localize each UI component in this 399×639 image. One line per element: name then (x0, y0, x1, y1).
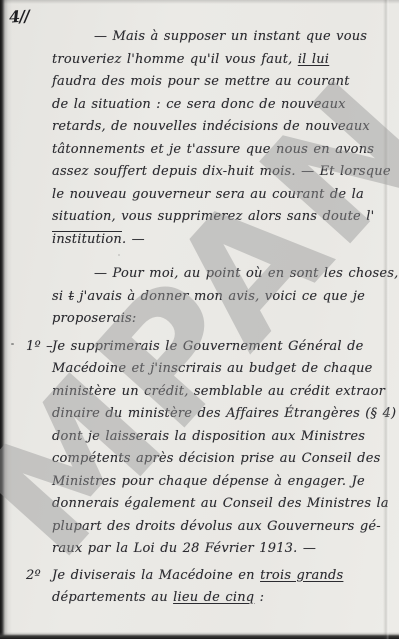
handwritten-text: lieu de cinq (173, 590, 254, 605)
handwritten-text: il lui (298, 52, 329, 67)
handwritten-text: retards, de nouvelles indécisions de nou… (52, 119, 370, 134)
manuscript-line: proposerais: (52, 308, 391, 331)
handwritten-text: faudra des mois pour se mettre au couran… (52, 74, 350, 89)
manuscript-line: 2ºJe diviserais la Macédoine en trois gr… (52, 565, 391, 588)
handwritten-text: — Pour moi, au point où en sont les chos… (94, 266, 398, 281)
manuscript-line: Macédoine et j'inscrirais au budget de c… (52, 358, 391, 381)
manuscript-line: situation, vous supprimerez alors sans d… (52, 206, 391, 229)
manuscript-line: tâtonnements et je t'assure que nous en … (52, 139, 391, 162)
handwritten-text: départements au (52, 590, 173, 605)
handwritten-text: proposerais: (52, 311, 136, 326)
manuscript-line: institution. — (52, 229, 391, 252)
handwritten-text: j'avais à donner mon avis, voici ce que … (74, 289, 365, 304)
handwritten-text: compétents après décision prise au Conse… (52, 451, 380, 466)
scan-edge-left (0, 0, 12, 639)
handwritten-text: tâtonnements et je t'assure que nous en … (52, 142, 374, 157)
manuscript-line: retards, de nouvelles indécisions de nou… (52, 116, 391, 139)
handwritten-text: de la situation : ce sera donc de nouvea… (52, 97, 346, 112)
handwritten-text: assez souffert depuis dix-huit mois. — E… (52, 164, 391, 179)
manuscript-line: — Pour moi, au point où en sont les chos… (52, 263, 391, 286)
manuscript-line: — Mais à supposer un instant que vous (52, 26, 391, 49)
handwritten-text: raux par la Loi du 28 Février 1913. — (52, 541, 316, 556)
manuscript-line: le nouveau gouverneur sera au courant de… (52, 184, 391, 207)
manuscript-line: ministère un crédit, semblable au crédit… (52, 381, 391, 404)
manuscript-paragraph: — Mais à supposer un instant que voustro… (52, 26, 391, 251)
handwritten-text: si (52, 289, 69, 304)
manuscript-line: donnerais également au Conseil des Minis… (52, 493, 391, 516)
manuscript-line: de la situation : ce sera donc de nouvea… (52, 94, 391, 117)
manuscript-line: 1º –Je supprimerais le Gouvernement Géné… (52, 336, 391, 359)
manuscript-line: faudra des mois pour se mettre au couran… (52, 71, 391, 94)
handwritten-text: Ministres pour chaque dépense à engager.… (52, 474, 365, 489)
manuscript-line: compétents après décision prise au Conse… (52, 448, 391, 471)
scan-edge-top (0, 0, 399, 4)
manuscript-line: dont je laisserais la disposition aux Mi… (52, 426, 391, 449)
manuscript-line: si t j'avais à donner mon avis, voici ce… (52, 286, 391, 309)
manuscript-line: assez souffert depuis dix-huit mois. — E… (52, 161, 391, 184)
manuscript-paragraph: 1º –Je supprimerais le Gouvernement Géné… (52, 336, 391, 561)
handwritten-text: Macédoine et j'inscrirais au budget de c… (52, 361, 373, 376)
handwritten-text: dont je laisserais la disposition aux Mi… (52, 429, 365, 444)
ink-speck (11, 343, 14, 345)
handwritten-text: : (254, 590, 264, 605)
ink-speck (118, 254, 120, 256)
handwritten-text: — Mais à supposer un instant que vous (94, 29, 367, 44)
handwritten-text: institution (52, 232, 122, 247)
handwritten-text: dinaire du ministère des Affaires Étrang… (52, 406, 396, 421)
manuscript-paragraph: 2ºJe diviserais la Macédoine en trois gr… (52, 565, 391, 610)
scan-edge-bottom (0, 632, 399, 639)
manuscript-line: raux par la Loi du 28 Février 1913. — (52, 538, 391, 561)
handwritten-text: Je diviserais la Macédoine en (52, 568, 260, 583)
handwritten-text: plupart des droits dévolus aux Gouverneu… (52, 519, 381, 534)
manuscript-page: 4// — Mais à supposer un instant que vou… (0, 0, 399, 639)
handwritten-text: donnerais également au Conseil des Minis… (52, 496, 389, 511)
manuscript-line: trouveriez l'homme qu'il vous faut, il l… (52, 49, 391, 72)
manuscript-line: dinaire du ministère des Affaires Étrang… (52, 403, 391, 426)
manuscript-line: plupart des droits dévolus aux Gouverneu… (52, 516, 391, 539)
handwritten-text: ministère un crédit, semblable au crédit… (52, 384, 385, 399)
handwritten-text: Je supprimerais le Gouvernement Général … (52, 339, 364, 354)
handwritten-text: trois grands (260, 568, 343, 583)
manuscript-paragraph: — Pour moi, au point où en sont les chos… (52, 263, 391, 331)
manuscript-line: départements au lieu de cinq : (52, 587, 391, 610)
manuscript-body: — Mais à supposer un instant que voustro… (52, 26, 391, 610)
page-fold-right (383, 0, 389, 639)
handwritten-text: le nouveau gouverneur sera au courant de… (52, 187, 364, 202)
handwritten-text: trouveriez l'homme qu'il vous faut, (52, 52, 298, 67)
handwritten-text: . — (122, 232, 145, 247)
handwritten-text: situation, vous supprimerez alors sans d… (52, 209, 374, 224)
manuscript-line: Ministres pour chaque dépense à engager.… (52, 471, 391, 494)
